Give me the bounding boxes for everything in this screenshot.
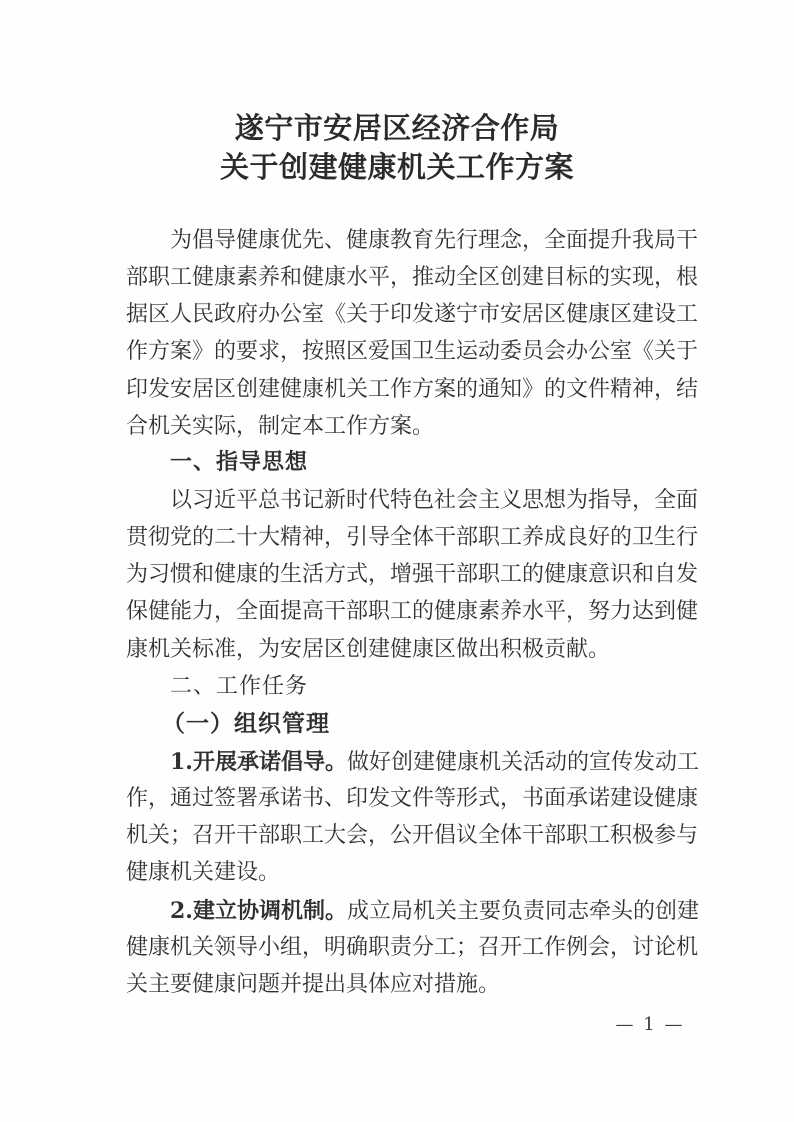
section-1-heading: 一、指导思想 (170, 449, 682, 477)
page-number: — 1 — (610, 1014, 690, 1035)
intro-line-1: 为倡导健康优先、健康教育先行理念，全面提升我局干 (170, 227, 682, 255)
document-page: 遂宁市安居区经济合作局 关于创建健康机关工作方案 为倡导健康优先、健康教育先行理… (0, 0, 794, 1122)
section-1-line-2: 贯彻党的二十大精神，引导全体干部职工养成良好的卫生行 (126, 524, 682, 552)
item-2-label: 2.建立协调机制。 (170, 898, 347, 924)
item-1-first-line: 1.开展承诺倡导。做好创建健康机关活动的宣传发动工 (170, 748, 682, 776)
document-title-line-1: 遂宁市安居区经济合作局 (0, 108, 794, 148)
section-1-line-4: 保健能力，全面提高干部职工的健康素养水平，努力达到健 (126, 598, 682, 626)
intro-line-3: 据区人民政府办公室《关于印发遂宁市安居区健康区建设工 (126, 301, 682, 329)
document-title-line-2: 关于创建健康机关工作方案 (0, 147, 794, 187)
item-2-line-2: 健康机关领导小组，明确职责分工；召开工作例会，讨论机 (126, 934, 682, 962)
item-2-line-3: 关主要健康问题并提出具体应对措施。 (126, 971, 682, 999)
item-1-line-3: 机关；召开干部职工大会，公开倡议全体干部职工积极参与 (126, 822, 682, 850)
item-2-text: 成立局机关主要负责同志牵头的创建 (347, 899, 699, 924)
section-1-line-3: 为习惯和健康的生活方式，增强干部职工的健康意识和自发 (126, 561, 682, 589)
subsection-1-heading: （一）组织管理 (162, 710, 674, 738)
item-2-first-line: 2.建立协调机制。成立局机关主要负责同志牵头的创建 (170, 897, 682, 925)
section-2-heading: 二、工作任务 (170, 673, 682, 701)
item-1-line-4: 健康机关建设。 (126, 859, 682, 887)
intro-line-6: 合机关实际，制定本工作方案。 (126, 413, 682, 441)
section-1-line-1: 以习近平总书记新时代特色社会主义思想为指导，全面 (170, 487, 682, 515)
item-1-text: 做好创建健康机关活动的宣传发动工 (347, 750, 699, 775)
intro-line-5: 印发安居区创建健康机关工作方案的通知》的文件精神，结 (126, 376, 682, 404)
intro-line-4: 作方案》的要求，按照区爱国卫生运动委员会办公室《关于 (126, 338, 682, 366)
section-1-line-5: 康机关标准，为安居区创建健康区做出积极贡献。 (126, 636, 682, 664)
item-1-line-2: 作，通过签署承诺书、印发文件等形式，书面承诺建设健康 (126, 785, 682, 813)
item-1-label: 1.开展承诺倡导。 (170, 749, 347, 775)
intro-line-2: 部职工健康素养和健康水平，推动全区创建目标的实现，根 (126, 264, 682, 292)
